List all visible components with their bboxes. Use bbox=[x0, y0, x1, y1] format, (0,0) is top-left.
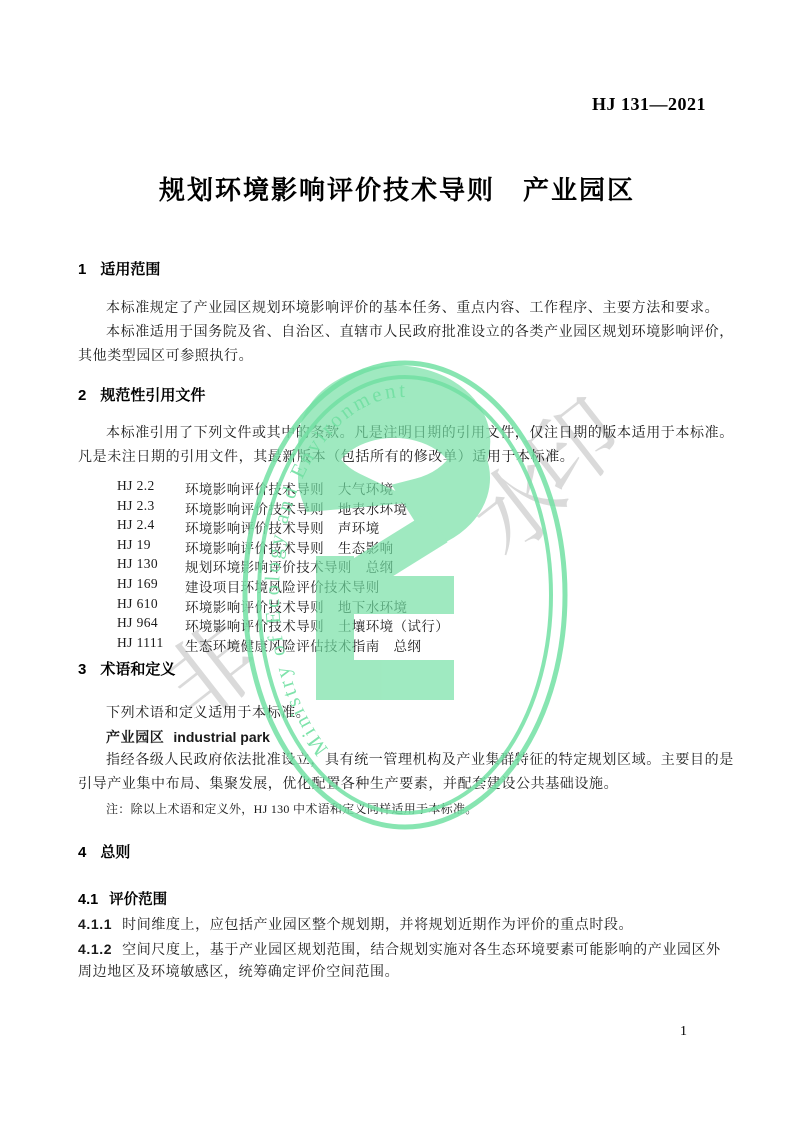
reference-row: HJ 610环境影响评价技术导则 地下水环境 bbox=[78, 596, 707, 616]
reference-title: 环境影响评价技术导则 地表水环境 bbox=[185, 498, 407, 518]
reference-row: HJ 1111生态环境健康风险评估技术指南 总纲 bbox=[78, 635, 707, 655]
section-1-heading: 1适用范围 bbox=[78, 258, 707, 279]
reference-title: 环境影响评价技术导则 地下水环境 bbox=[185, 596, 407, 616]
paragraph-line: 本标准引用了下列文件或其中的条款。凡是注明日期的引用文件，仅注日期的版本适用于本… bbox=[78, 424, 735, 444]
paragraph-line: 指经各级人民政府依法批准设立，具有统一管理机构及产业集群特征的特定规划区域。主要… bbox=[78, 751, 735, 771]
section-2-heading: 2规范性引用文件 bbox=[78, 384, 707, 405]
section-4-heading: 4总则 bbox=[78, 841, 707, 862]
reference-title: 建设项目环境风险评价技术导则 bbox=[185, 576, 380, 596]
section-3-heading: 3术语和定义 bbox=[78, 658, 707, 679]
reference-title: 生态环境健康风险评估技术指南 总纲 bbox=[185, 635, 421, 655]
note-line: 注：除以上术语和定义外，HJ 130 中术语和定义同样适用于本标准。 bbox=[78, 800, 735, 817]
reference-title: 环境影响评价技术导则 大气环境 bbox=[185, 478, 394, 498]
reference-list: HJ 2.2环境影响评价技术导则 大气环境 HJ 2.3环境影响评价技术导则 地… bbox=[78, 478, 707, 654]
reference-code: HJ 2.3 bbox=[117, 498, 155, 514]
reference-code: HJ 2.2 bbox=[117, 478, 155, 494]
reference-row: HJ 2.2环境影响评价技术导则 大气环境 bbox=[78, 478, 707, 498]
reference-row: HJ 19环境影响评价技术导则 生态影响 bbox=[78, 537, 707, 557]
paragraph-line: 本标准规定了产业园区规划环境影响评价的基本任务、重点内容、工作程序、主要方法和要… bbox=[78, 299, 735, 319]
section-4-1-heading: 4.1评价范围 bbox=[78, 888, 707, 909]
reference-title: 环境影响评价技术导则 生态影响 bbox=[185, 537, 394, 557]
section-title: 规范性引用文件 bbox=[100, 387, 205, 404]
document-title: 规划环境影响评价技术导则 产业园区 bbox=[0, 170, 794, 207]
clause-line: 4.1.1时间维度上，应包括产业园区整个规划期，并将规划近期作为评价的重点时段。 bbox=[78, 914, 707, 936]
section-number: 4.1 bbox=[78, 892, 98, 908]
paragraph-line: 本标准适用于国务院及省、自治区、直辖市人民政府批准设立的各类产业园区规划环境影响… bbox=[78, 323, 735, 343]
section-title: 评价范围 bbox=[109, 892, 167, 908]
section-number: 2 bbox=[78, 387, 86, 404]
document-page: 非 水 印 HJ 131—2021 规划环境影响评价技术导则 产业园区 1适用范… bbox=[0, 0, 794, 1123]
reference-row: HJ 2.4环境影响评价技术导则 声环境 bbox=[78, 517, 707, 537]
reference-row: HJ 964环境影响评价技术导则 土壤环境（试行） bbox=[78, 615, 707, 635]
reference-row: HJ 2.3环境影响评价技术导则 地表水环境 bbox=[78, 498, 707, 518]
reference-title: 环境影响评价技术导则 土壤环境（试行） bbox=[185, 615, 449, 635]
standard-code: HJ 131—2021 bbox=[592, 94, 706, 115]
term-chinese: 产业园区 bbox=[106, 729, 164, 745]
paragraph-line: 下列术语和定义适用于本标准。 bbox=[78, 704, 735, 724]
section-title: 术语和定义 bbox=[100, 661, 175, 678]
clause-text: 时间维度上，应包括产业园区整个规划期，并将规划近期作为评价的重点时段。 bbox=[122, 918, 633, 933]
reference-row: HJ 169建设项目环境风险评价技术导则 bbox=[78, 576, 707, 596]
reference-title: 规划环境影响评价技术导则 总纲 bbox=[185, 556, 394, 576]
section-title: 总则 bbox=[100, 844, 130, 861]
section-number: 1 bbox=[78, 261, 86, 278]
paragraph-line: 引导产业集中布局、集聚发展，优化配置各种生产要素，并配套建设公共基础设施。 bbox=[78, 775, 707, 795]
reference-code: HJ 169 bbox=[117, 576, 158, 592]
clause-number: 4.1.1 bbox=[78, 916, 112, 932]
reference-code: HJ 1111 bbox=[117, 635, 164, 651]
clause-text: 空间尺度上，基于产业园区规划范围，结合规划实施对各生态环境要素可能影响的产业园区… bbox=[122, 943, 721, 958]
reference-row: HJ 130规划环境影响评价技术导则 总纲 bbox=[78, 556, 707, 576]
paragraph-line: 凡是未注日期的引用文件，其最新版本（包括所有的修改单）适用于本标准。 bbox=[78, 448, 707, 468]
section-number: 3 bbox=[78, 661, 86, 678]
reference-code: HJ 964 bbox=[117, 615, 158, 631]
reference-title: 环境影响评价技术导则 声环境 bbox=[185, 517, 380, 537]
page-number: 1 bbox=[680, 1024, 687, 1040]
reference-code: HJ 19 bbox=[117, 537, 151, 553]
term-english: industrial park bbox=[173, 729, 269, 745]
reference-code: HJ 610 bbox=[117, 596, 158, 612]
reference-code: HJ 130 bbox=[117, 556, 158, 572]
clause-number: 4.1.2 bbox=[78, 941, 112, 957]
clause-line: 4.1.2空间尺度上，基于产业园区规划范围，结合规划实施对各生态环境要素可能影响… bbox=[78, 939, 707, 961]
reference-code: HJ 2.4 bbox=[117, 517, 155, 533]
section-number: 4 bbox=[78, 844, 86, 861]
section-title: 适用范围 bbox=[100, 261, 160, 278]
term-definition-title: 产业园区industrial park bbox=[78, 727, 735, 747]
paragraph-line: 其他类型园区可参照执行。 bbox=[78, 347, 707, 367]
clause-line: 周边地区及环境敏感区，统筹确定评价空间范围。 bbox=[78, 963, 707, 983]
